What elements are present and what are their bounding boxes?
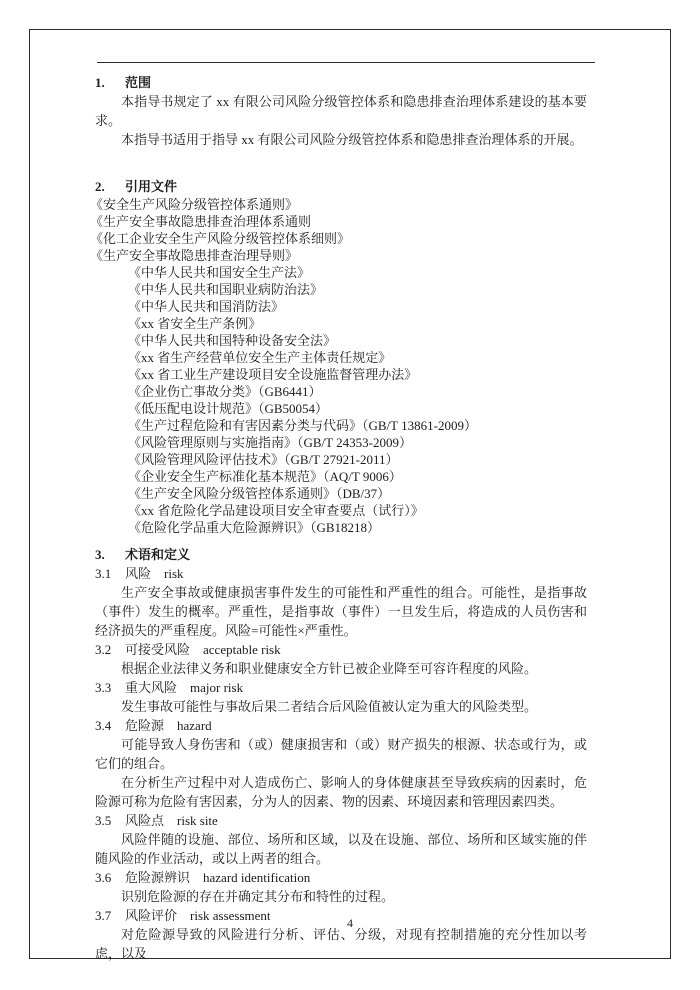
scope-paragraph: 本指导书适用于指导 xx 有限公司风险分级管控体系和隐患排查治理体系的开展。 — [95, 130, 587, 149]
term-entry: 3.1风险risk 生产安全事故或健康损害事件发生的可能性和严重性的组合。可能性… — [95, 564, 587, 640]
term-definition: 风险伴随的设施、部位、场所和区域，以及在设施、部位、场所和区域实施的伴随风险的作… — [95, 830, 587, 868]
section-terms-heading: 3.术语和定义 — [95, 545, 587, 564]
term-name-zh: 可接受风险 — [125, 642, 190, 657]
reference-item: 《中华人民共和国职业病防治法》 — [128, 281, 587, 298]
reference-item: 《危险化学品重大危险源辨识》（GB18218） — [128, 519, 587, 536]
reference-item: 《中华人民共和国特种设备安全法》 — [128, 332, 587, 349]
term-heading: 3.1风险risk — [95, 564, 587, 583]
term-number: 3.6 — [95, 868, 125, 887]
term-entry: 3.7风险评价risk assessment 对危险源导致的风险进行分析、评估、… — [95, 906, 587, 963]
term-number: 3.4 — [95, 716, 125, 735]
header-rule — [97, 62, 595, 63]
term-name-zh: 重大风险 — [125, 680, 177, 695]
term-name-zh: 风险 — [125, 566, 151, 581]
reference-item: 《生产安全风险分级管控体系通则》（DB/37） — [128, 485, 587, 502]
reference-item: 《xx 省生产经营单位安全生产主体责任规定》 — [128, 349, 587, 366]
section-number: 3. — [95, 545, 125, 564]
section-number: 2. — [95, 177, 125, 196]
term-heading: 3.5风险点risk site — [95, 811, 587, 830]
term-heading: 3.2可接受风险acceptable risk — [95, 640, 587, 659]
term-name-en: hazard — [177, 718, 212, 733]
reference-item: 《xx 省安全生产条例》 — [128, 315, 587, 332]
term-number: 3.2 — [95, 640, 125, 659]
reference-item: 《xx 省工业生产建设项目安全设施监督管理办法》 — [128, 366, 587, 383]
term-name-zh: 风险点 — [125, 813, 164, 828]
term-number: 3.3 — [95, 678, 125, 697]
term-heading: 3.4危险源hazard — [95, 716, 587, 735]
reference-item: 《生产过程危险和有害因素分类与代码》（GB/T 13861-2009） — [128, 417, 587, 434]
page-number: 4 — [0, 916, 700, 931]
term-definition: 生产安全事故或健康损害事件发生的可能性和严重性的组合。可能性，是指事故（事件）发… — [95, 583, 587, 640]
term-name-en: hazard identification — [203, 870, 310, 885]
term-entry: 3.3重大风险major risk 发生事故可能性与事故后果二者结合后风险值被认… — [95, 678, 587, 716]
reference-item: 《中华人民共和国消防法》 — [128, 298, 587, 315]
term-entry: 3.6危险源辨识hazard identification 识别危险源的存在并确… — [95, 868, 587, 906]
reference-item: 《xx 省危险化学品建设项目安全审查要点（试行）》 — [128, 502, 587, 519]
term-name-en: acceptable risk — [203, 642, 281, 657]
term-entry: 3.5风险点risk site 风险伴随的设施、部位、场所和区域，以及在设施、部… — [95, 811, 587, 868]
section-references-heading: 2.引用文件 — [95, 177, 587, 196]
reference-item: 《中华人民共和国安全生产法》 — [128, 264, 587, 281]
reference-item: 《生产安全事故隐患排查治理体系通则 — [90, 213, 587, 230]
reference-item: 《化工企业安全生产风险分级管控体系细则》 — [90, 230, 587, 247]
reference-item: 《风险管理原则与实施指南》（GB/T 24353-2009） — [128, 434, 587, 451]
term-name-zh: 危险源辨识 — [125, 870, 190, 885]
term-name-en: major risk — [190, 680, 243, 695]
section-scope-heading: 1.范围 — [95, 73, 587, 92]
term-number: 3.1 — [95, 564, 125, 583]
term-definition: 在分析生产过程中对人造成伤亡、影响人的身体健康甚至导致疾病的因素时，危险源可称为… — [95, 773, 587, 811]
section-title: 引用文件 — [125, 179, 177, 194]
term-definition: 可能导致人身伤害和（或）健康损害和（或）财产损失的根源、状态或行为，或它们的组合… — [95, 735, 587, 773]
reference-item: 《生产安全事故隐患排查治理导则》 — [90, 247, 587, 264]
term-name-en: risk site — [177, 813, 218, 828]
term-heading: 3.6危险源辨识hazard identification — [95, 868, 587, 887]
reference-item: 《低压配电设计规范》（GB50054） — [128, 400, 587, 417]
term-entry: 3.2可接受风险acceptable risk 根据企业法律义务和职业健康安全方… — [95, 640, 587, 678]
section-number: 1. — [95, 73, 125, 92]
scope-paragraph: 本指导书规定了 xx 有限公司风险分级管控体系和隐患排查治理体系建设的基本要求。 — [95, 92, 587, 130]
term-name-en: risk — [164, 566, 184, 581]
term-name-zh: 危险源 — [125, 718, 164, 733]
reference-item: 《企业安全生产标准化基本规范》（AQ/T 9006） — [128, 468, 587, 485]
reference-list: 《安全生产风险分级管控体系通则》 《生产安全事故隐患排查治理体系通则 《化工企业… — [95, 196, 587, 536]
reference-item: 《风险管理风险评估技术》（GB/T 27921-2011） — [128, 451, 587, 468]
term-heading: 3.3重大风险major risk — [95, 678, 587, 697]
term-number: 3.5 — [95, 811, 125, 830]
term-entry: 3.4危险源hazard 可能导致人身伤害和（或）健康损害和（或）财产损失的根源… — [95, 716, 587, 811]
reference-item: 《企业伤亡事故分类》（GB6441） — [128, 383, 587, 400]
term-definition: 发生事故可能性与事故后果二者结合后风险值被认定为重大的风险类型。 — [95, 697, 587, 716]
term-definition: 识别危险源的存在并确定其分布和特性的过程。 — [95, 887, 587, 906]
section-title: 术语和定义 — [125, 547, 190, 562]
document-content: 1.范围 本指导书规定了 xx 有限公司风险分级管控体系和隐患排查治理体系建设的… — [95, 73, 587, 963]
term-definition: 根据企业法律义务和职业健康安全方针已被企业降至可容许程度的风险。 — [95, 659, 587, 678]
section-title: 范围 — [125, 75, 151, 90]
reference-item: 《安全生产风险分级管控体系通则》 — [90, 196, 587, 213]
